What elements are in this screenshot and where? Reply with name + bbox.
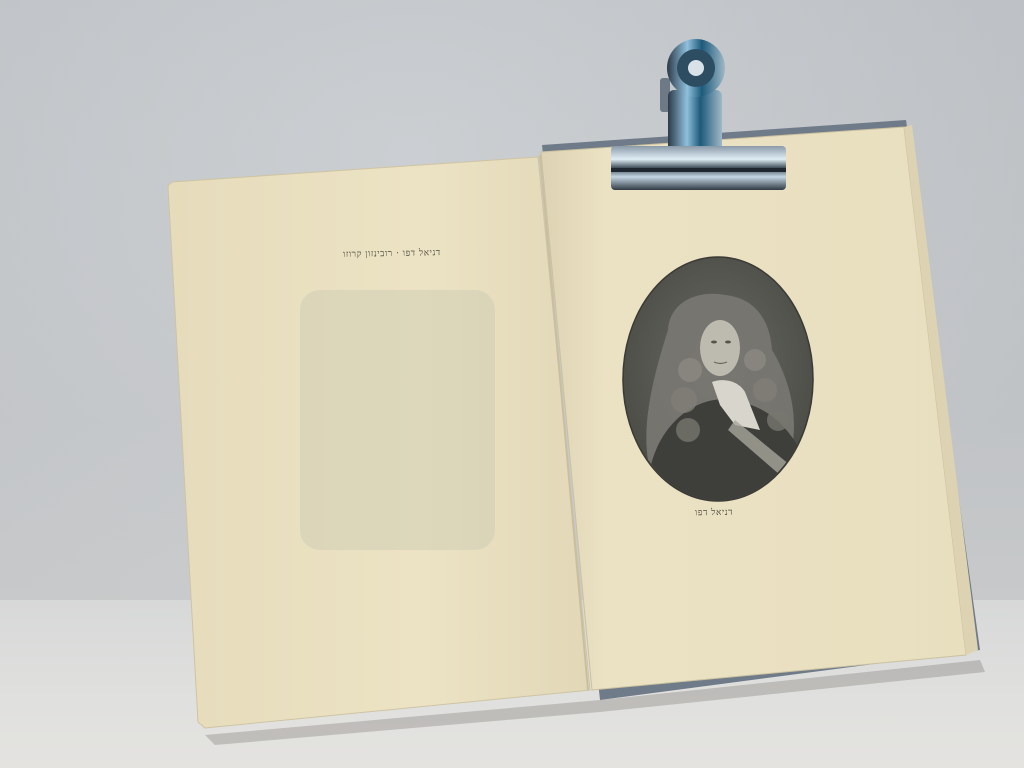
photo-scene: דניאל דפו · רובינזון קרוזו דניאל דפו (0, 0, 1024, 768)
portrait-caption: דניאל דפו (695, 507, 733, 519)
offset-ghost-image (300, 290, 495, 550)
left-page-header: דניאל דפו · רובינזון קרוזו (343, 247, 441, 260)
bulldog-clip-icon (611, 39, 786, 190)
open-book (0, 0, 1024, 768)
